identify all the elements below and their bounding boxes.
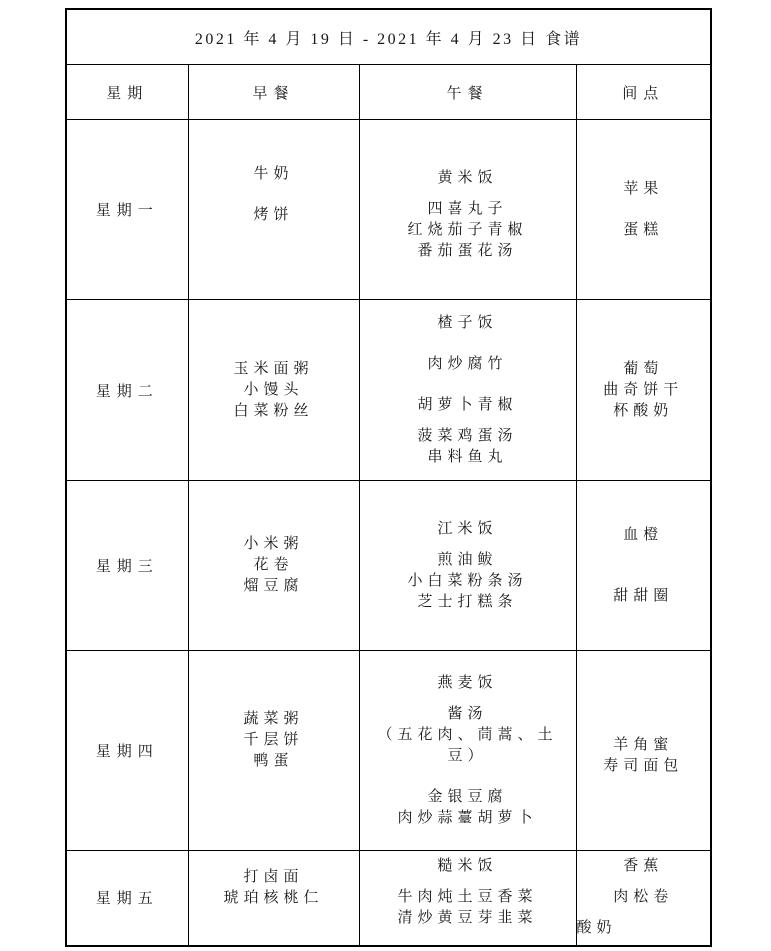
menu-item: 血橙 [577, 525, 711, 546]
menu-item: 肉炒腐竹 [360, 354, 576, 375]
menu-item: 小米粥 [189, 534, 359, 555]
blank-line [189, 909, 359, 919]
snack-cell: 苹果蛋糕 [576, 120, 711, 300]
blank-line [577, 576, 711, 586]
blank-line [360, 375, 576, 385]
menu-item: 清炒黄豆芽韭菜 [360, 908, 576, 929]
lunch-cell: 燕麦饭酱汤（五花肉、茼蒿、土豆）金银豆腐肉炒蒜薹胡萝卜 [359, 651, 576, 851]
menu-item: 菠菜鸡蛋汤 [360, 426, 576, 447]
table-row: 星期三小米粥花卷熘豆腐江米饭煎油鲅小白菜粉条汤芝士打糕条血橙甜甜圈 [66, 481, 711, 651]
blank-line [360, 189, 576, 199]
menu-item: 燕麦饭 [360, 673, 576, 694]
blank-line [189, 236, 359, 246]
blank-line [360, 767, 576, 777]
day-cell: 星期二 [66, 300, 188, 481]
header-cell-day: 星期 [66, 65, 188, 120]
menu-item: 酱汤 [360, 704, 576, 725]
menu-item: 打卤面 [189, 867, 359, 888]
table-row: 星期四蔬菜粥千层饼鸭蛋燕麦饭酱汤（五花肉、茼蒿、土豆）金银豆腐肉炒蒜薹胡萝卜羊角… [66, 651, 711, 851]
menu-item: 芝士打糕条 [360, 592, 576, 613]
breakfast-cell: 小米粥花卷熘豆腐 [188, 481, 359, 651]
blank-line [189, 195, 359, 205]
table-title: 2021 年 4 月 19 日 - 2021 年 4 月 23 日 食谱 [66, 9, 711, 65]
menu-item: 糙米饭 [360, 856, 576, 877]
menu-table: 2021 年 4 月 19 日 - 2021 年 4 月 23 日 食谱 星期 … [65, 8, 712, 947]
lunch-cell: 江米饭煎油鲅小白菜粉条汤芝士打糕条 [359, 481, 576, 651]
menu-item: 牛奶 [189, 164, 359, 185]
menu-item: 羊角蜜 [577, 735, 711, 756]
day-cell: 星期三 [66, 481, 188, 651]
menu-item: 胡萝卜青椒 [360, 395, 576, 416]
menu-item: 熘豆腐 [189, 576, 359, 597]
menu-item: 酸奶 [577, 918, 711, 939]
blank-line [360, 416, 576, 426]
blank-line [189, 772, 359, 782]
day-cell: 星期一 [66, 120, 188, 300]
snack-cell: 羊角蜜寿司面包 [576, 651, 711, 851]
blank-line [189, 919, 359, 929]
blank-line [360, 777, 576, 787]
menu-item: 鸭蛋 [189, 751, 359, 772]
breakfast-cell: 蔬菜粥千层饼鸭蛋 [188, 651, 359, 851]
blank-line [577, 200, 711, 210]
header-cell-breakfast: 早餐 [188, 65, 359, 120]
table-row: 星期二玉米面粥小馒头白菜粉丝楂子饭肉炒腐竹胡萝卜青椒菠菜鸡蛋汤串料鱼丸葡萄曲奇饼… [66, 300, 711, 481]
menu-item: 肉松卷 [577, 887, 711, 908]
blank-line [189, 782, 359, 792]
breakfast-cell: 玉米面粥小馒头白菜粉丝 [188, 300, 359, 481]
menu-item: （五花肉、茼蒿、土 [360, 725, 576, 746]
menu-item: 肉炒蒜薹胡萝卜 [360, 808, 576, 829]
menu-item: 花卷 [189, 555, 359, 576]
blank-line [577, 908, 711, 918]
title-row: 2021 年 4 月 19 日 - 2021 年 4 月 23 日 食谱 [66, 9, 711, 65]
header-cell-snack: 间点 [576, 65, 711, 120]
blank-line [360, 877, 576, 887]
day-cell: 星期四 [66, 651, 188, 851]
blank-line [360, 334, 576, 344]
blank-line [577, 210, 711, 220]
blank-line [577, 877, 711, 887]
menu-item: 江米饭 [360, 519, 576, 540]
blank-line [577, 556, 711, 566]
blank-line [360, 694, 576, 704]
blank-line [360, 540, 576, 550]
menu-item: 豆） [360, 746, 576, 767]
menu-item: 小馒头 [189, 380, 359, 401]
header-cell-lunch: 午餐 [359, 65, 576, 120]
menu-item: 蛋糕 [577, 220, 711, 241]
menu-item: 白菜粉丝 [189, 401, 359, 422]
menu-item: 牛肉炖土豆香菜 [360, 887, 576, 908]
day-cell: 星期五 [66, 851, 188, 946]
menu-item: 香蕉 [577, 856, 711, 877]
menu-item: 玉米面粥 [189, 359, 359, 380]
snack-cell: 葡萄曲奇饼干杯酸奶 [576, 300, 711, 481]
header-row: 星期 早餐 午餐 间点 [66, 65, 711, 120]
blank-line [360, 385, 576, 395]
breakfast-cell: 打卤面琥珀核桃仁 [188, 851, 359, 946]
blank-line [577, 725, 711, 735]
menu-item: 烤饼 [189, 205, 359, 226]
blank-line [189, 246, 359, 256]
menu-item: 黄米饭 [360, 168, 576, 189]
menu-item: 楂子饭 [360, 313, 576, 334]
blank-line [360, 929, 576, 939]
menu-item: 苹果 [577, 179, 711, 200]
table-row: 星期五打卤面琥珀核桃仁糙米饭牛肉炖土豆香菜清炒黄豆芽韭菜香蕉肉松卷酸奶 [66, 851, 711, 946]
menu-item: 红烧茄子青椒 [360, 220, 576, 241]
blank-line [360, 158, 576, 168]
lunch-cell: 黄米饭四喜丸子红烧茄子青椒番茄蛋花汤 [359, 120, 576, 300]
menu-item: 四喜丸子 [360, 199, 576, 220]
blank-line [577, 566, 711, 576]
menu-item: 琥珀核桃仁 [189, 888, 359, 909]
menu-item: 串料鱼丸 [360, 447, 576, 468]
menu-item: 寿司面包 [577, 756, 711, 777]
menu-item: 煎油鲅 [360, 550, 576, 571]
menu-item: 葡萄 [577, 359, 711, 380]
snack-cell: 血橙甜甜圈 [576, 481, 711, 651]
menu-item: 番茄蛋花汤 [360, 241, 576, 262]
breakfast-cell: 牛奶烤饼 [188, 120, 359, 300]
lunch-cell: 楂子饭肉炒腐竹胡萝卜青椒菠菜鸡蛋汤串料鱼丸 [359, 300, 576, 481]
menu-item: 甜甜圈 [577, 586, 711, 607]
menu-item: 曲奇饼干 [577, 380, 711, 401]
menu-item: 小白菜粉条汤 [360, 571, 576, 592]
menu-item: 金银豆腐 [360, 787, 576, 808]
menu-item: 千层饼 [189, 730, 359, 751]
lunch-cell: 糙米饭牛肉炖土豆香菜清炒黄豆芽韭菜 [359, 851, 576, 946]
blank-line [189, 226, 359, 236]
blank-line [360, 344, 576, 354]
blank-line [189, 185, 359, 195]
menu-item: 杯酸奶 [577, 401, 711, 422]
table-row: 星期一牛奶烤饼黄米饭四喜丸子红烧茄子青椒番茄蛋花汤苹果蛋糕 [66, 120, 711, 300]
menu-item: 蔬菜粥 [189, 709, 359, 730]
snack-cell: 香蕉肉松卷酸奶 [576, 851, 711, 946]
blank-line [577, 546, 711, 556]
